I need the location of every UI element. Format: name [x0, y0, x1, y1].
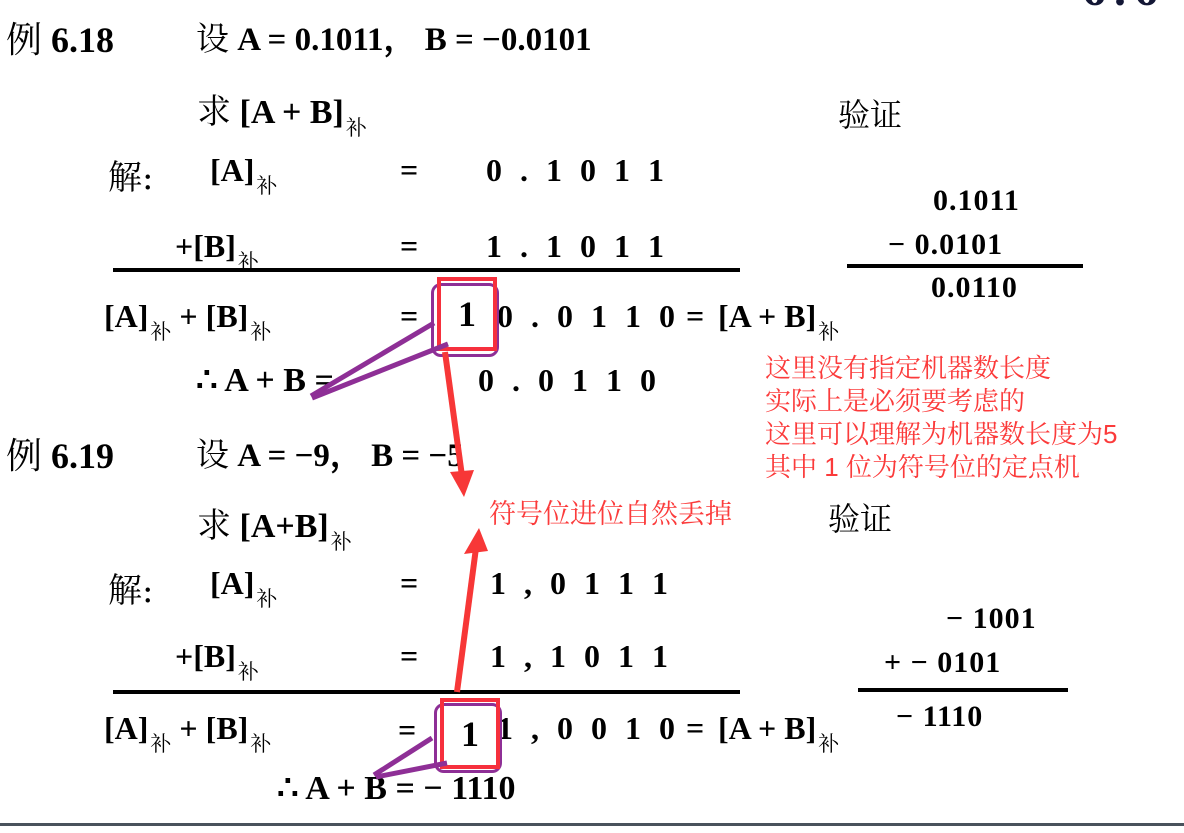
example1-given-zh: 设 [196, 19, 229, 58]
example2-verification-result: − 1110 [896, 700, 983, 734]
example1-verification-result: 0.0110 [931, 271, 1018, 305]
example1-label: 例 6.18 [6, 12, 114, 63]
example2-sum-eq: = [398, 712, 416, 749]
example1-find-zh: 求 [197, 92, 231, 132]
annotation-line-1: 这里没有指定机器数长度 [765, 352, 1117, 385]
example1-carry-red-box: 1 [437, 277, 497, 351]
example2-row-a-lhs: [A]补 [210, 565, 277, 602]
subscript-bu: 补 [250, 732, 271, 756]
example1-row-b-eq: = [400, 228, 418, 265]
example2-verify-label: 验证 [828, 494, 892, 540]
example2-row-b-eq: = [400, 638, 418, 675]
machine-length-annotation: 这里没有指定机器数长度 实际上是必须要考虑的 这里可以理解为机器数长度为5 其中… [765, 352, 1117, 484]
example1-sum-eq2: = [686, 298, 704, 335]
example2-sum-value: 1 , 0 0 1 0 [497, 710, 680, 747]
example1-find: 求 [A + B]补 [197, 84, 367, 133]
subscript-bu: 补 [346, 116, 367, 140]
example1-conclusion-lhs: ∴ A + B = [196, 360, 334, 400]
example1-label-num: 6.18 [51, 20, 114, 60]
example2-sum-lhs-a: [A] [104, 710, 148, 746]
example1-solve-label: 解: [108, 150, 153, 199]
example1-conclusion-value: 0 . 0 1 1 0 [478, 362, 661, 399]
subscript-bu: 补 [256, 587, 277, 611]
subscript-bu: 补 [238, 660, 259, 684]
lecture-slide: 6.6 例 6.18 设 A = 0.1011， B = −0.0101 求 [… [0, 0, 1184, 833]
example1-sum-result-bracket: [A + B] [718, 298, 816, 334]
example2-sum-result: [A + B]补 [718, 710, 839, 747]
subscript-bu: 补 [331, 530, 352, 554]
example1-verification-line2: − 0.0101 [888, 228, 1003, 262]
example1-sum-plus: + [179, 298, 197, 334]
example1-sum-value: 0 . 0 1 1 0 [497, 298, 680, 335]
example2-sum-plus: + [179, 710, 197, 746]
example2-verification-rule [858, 688, 1068, 692]
example2-label-zh: 例 [6, 436, 42, 477]
example1-verification-line1: 0.1011 [933, 184, 1020, 218]
example1-sum-eq: = [400, 298, 418, 335]
example1-verify-label: 验证 [838, 90, 902, 136]
red-arrow-up-to-note [457, 528, 488, 692]
subscript-bu: 补 [150, 732, 171, 756]
example2-row-b-value: 1 , 1 0 1 1 [490, 638, 673, 675]
example2-solve-label: 解: [108, 563, 153, 612]
example2-find-math: [A+B] [240, 508, 329, 545]
annotation-line-2: 实际上是必须要考虑的 [765, 385, 1117, 418]
example2-row-b-lhs: +[B]补 [175, 638, 259, 675]
example2-carry-red-box: 1 [440, 698, 500, 769]
example1-row-a-lhs: [A]补 [210, 152, 277, 189]
corner-fragment: 6.6 [1082, 0, 1182, 11]
example2-sum-rule [113, 690, 740, 694]
example1-sum-lhs: [A]补 + [B]补 [104, 298, 271, 335]
example1-row-b-value: 1 . 1 0 1 1 [486, 228, 669, 265]
annotation-line-3: 这里可以理解为机器数长度为5 [765, 418, 1117, 451]
example1-carry-bit: 1 [458, 293, 476, 335]
example1-sum-lhs-a: [A] [104, 298, 148, 334]
example2-row-a-bracket: [A] [210, 565, 254, 601]
corner-fragment-text: 6.6 [1082, 0, 1182, 11]
subscript-bu: 补 [818, 320, 839, 344]
annotation-line-4: 其中 1 位为符号位的定点机 [765, 451, 1117, 484]
example2-conclusion: ∴ A + B = − 1110 [277, 768, 515, 808]
subscript-bu: 补 [250, 320, 271, 344]
subscript-bu: 补 [256, 174, 277, 198]
example1-row-a-value: 0 . 1 0 1 1 [486, 152, 669, 189]
example2-label: 例 6.19 [6, 428, 114, 479]
subscript-bu: 补 [818, 732, 839, 756]
example2-sum-lhs: [A]补 + [B]补 [104, 710, 271, 747]
example2-row-a-eq: = [400, 565, 418, 602]
example1-sum-rule [113, 268, 740, 272]
example1-sum-result: [A + B]补 [718, 298, 839, 335]
example2-find: 求 [A+B]补 [197, 498, 352, 547]
example2-sum-lhs-b: [B] [206, 710, 249, 746]
example1-label-zh: 例 [6, 20, 42, 61]
example2-verification-line2: + − 0101 [884, 646, 1001, 680]
example2-sum-eq2: = [686, 710, 704, 747]
example1-given-math: A = 0.1011， B = −0.0101 [237, 22, 591, 58]
example1-row-a-eq: = [400, 152, 418, 189]
example2-sum-result-bracket: [A + B] [718, 710, 816, 746]
example1-row-b-bracket: +[B] [175, 228, 236, 264]
example2-row-a-value: 1 , 0 1 1 1 [490, 565, 673, 602]
example1-find-math: [A + B] [240, 94, 344, 131]
example2-carry-bit: 1 [461, 713, 479, 755]
example1-row-b-lhs: +[B]补 [175, 228, 259, 265]
slide-bottom-border [0, 823, 1184, 826]
subscript-bu: 补 [150, 320, 171, 344]
example2-row-b-bracket: +[B] [175, 638, 236, 674]
example1-sum-lhs-b: [B] [206, 298, 249, 334]
carry-note: 符号位进位自然丢掉 [489, 492, 732, 531]
example2-given: 设 A = −9， B = −5 [196, 429, 464, 476]
example2-given-zh: 设 [196, 435, 229, 474]
example2-label-num: 6.19 [51, 436, 114, 476]
example1-row-a-bracket: [A] [210, 152, 254, 188]
example1-verification-rule [847, 264, 1083, 268]
example1-given: 设 A = 0.1011， B = −0.0101 [196, 13, 592, 60]
example2-verification-line1: − 1001 [946, 602, 1037, 636]
example2-find-zh: 求 [197, 506, 231, 546]
example2-given-math: A = −9， B = −5 [237, 438, 464, 474]
